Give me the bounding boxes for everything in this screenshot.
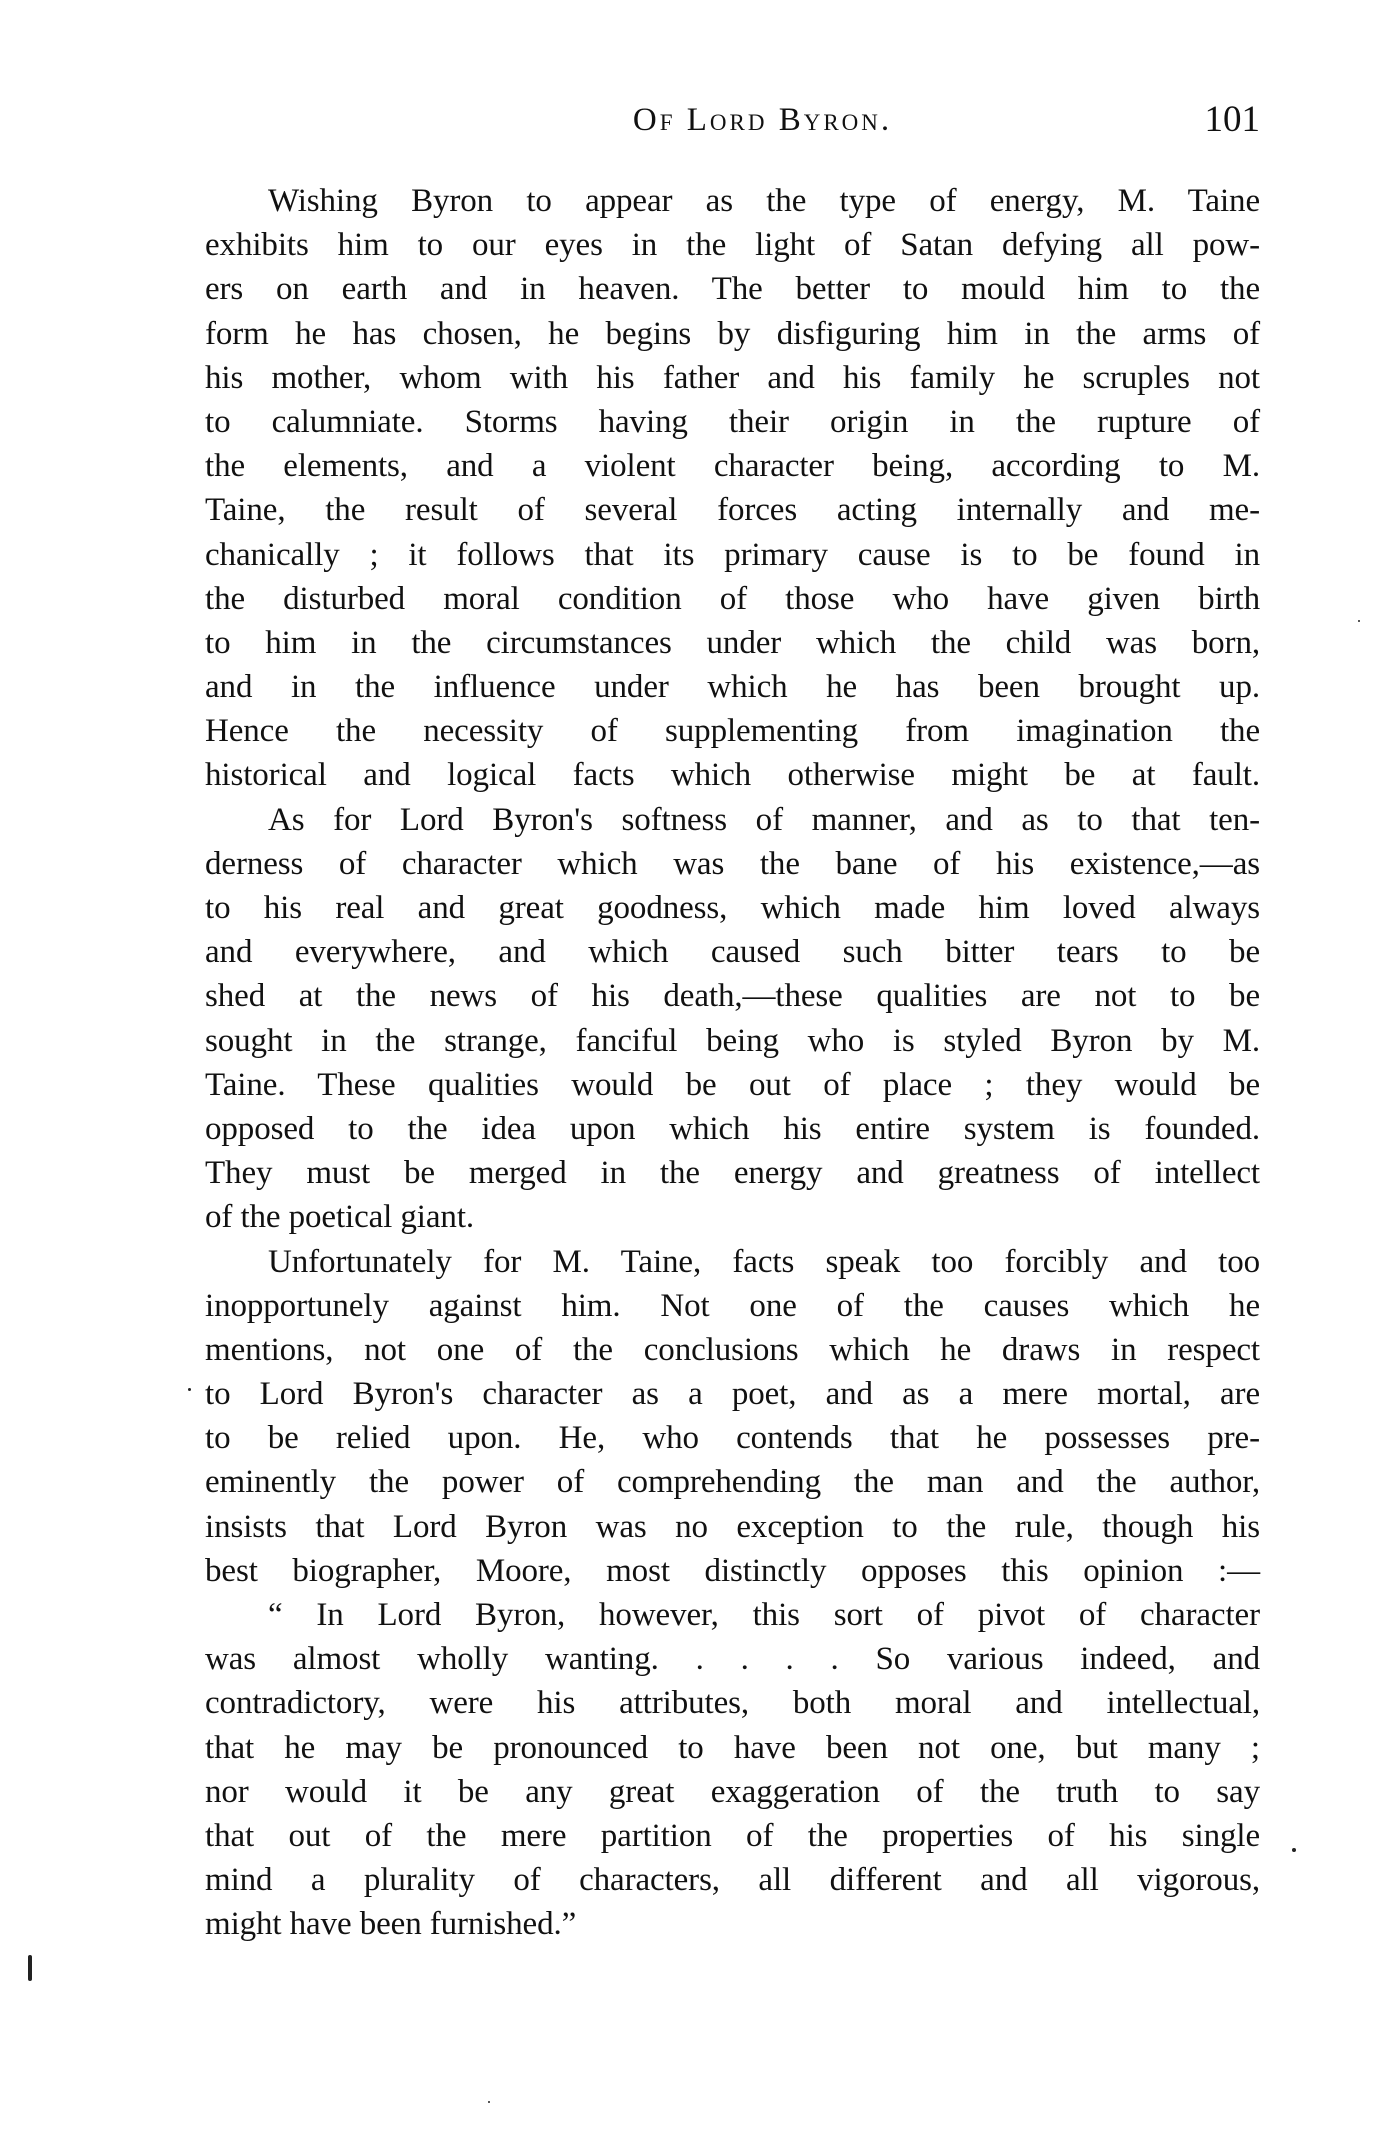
text-line: sought in the strange, fanciful being wh… xyxy=(205,1019,1260,1063)
text-line: that he may be pronounced to have been n… xyxy=(205,1726,1260,1770)
text-line: contradictory, were his attributes, both… xyxy=(205,1681,1260,1725)
scan-speck xyxy=(488,2101,490,2103)
text-line: of the poetical giant. xyxy=(205,1195,1260,1239)
text-line: best biographer, Moore, most distinctly … xyxy=(205,1549,1260,1593)
text-line: to him in the circumstances under which … xyxy=(205,621,1260,665)
text-line: chanically ; it follows that its primary… xyxy=(205,533,1260,577)
text-line: nor would it be any great exaggeration o… xyxy=(205,1770,1260,1814)
text-line: might have been furnished.” xyxy=(205,1902,1260,1946)
paragraph-2: As for Lord Byron's softness of manner, … xyxy=(205,798,1260,1240)
scan-speck xyxy=(1358,620,1360,622)
text-line: eminently the power of comprehending the… xyxy=(205,1460,1260,1504)
text-line: that out of the mere partition of the pr… xyxy=(205,1814,1260,1858)
text-line: the disturbed moral condition of those w… xyxy=(205,577,1260,621)
text-line: Taine. These qualities would be out of p… xyxy=(205,1063,1260,1107)
text-line: Hence the necessity of supplementing fro… xyxy=(205,709,1260,753)
text-line: mind a plurality of characters, all diff… xyxy=(205,1858,1260,1902)
text-line: ers on earth and in heaven. The better t… xyxy=(205,267,1260,311)
quotation-paragraph: “ In Lord Byron, however, this sort of p… xyxy=(205,1593,1260,1947)
text-line: shed at the news of his death,—these qua… xyxy=(205,974,1260,1018)
text-line: to Lord Byron's character as a poet, and… xyxy=(205,1372,1260,1416)
running-title: Of Lord Byron. xyxy=(205,98,1260,142)
text-line: historical and logical facts which other… xyxy=(205,753,1260,797)
text-line: They must be merged in the energy and gr… xyxy=(205,1151,1260,1195)
text-line: derness of character which was the bane … xyxy=(205,842,1260,886)
text-line: the elements, and a violent character be… xyxy=(205,444,1260,488)
text-line: Wishing Byron to appear as the type of e… xyxy=(205,179,1260,223)
text-line: inopportunely against him. Not one of th… xyxy=(205,1284,1260,1328)
text-line: Taine, the result of several forces acti… xyxy=(205,488,1260,532)
paragraph-3: Unfortunately for M. Taine, facts speak … xyxy=(205,1240,1260,1594)
scan-speck xyxy=(1292,1848,1296,1852)
text-line: to be relied upon. He, who contends that… xyxy=(205,1416,1260,1460)
scan-speck xyxy=(28,1955,32,1981)
body-text: Wishing Byron to appear as the type of e… xyxy=(205,179,1260,1947)
scan-speck xyxy=(188,1388,191,1391)
text-line: Unfortunately for M. Taine, facts speak … xyxy=(205,1240,1260,1284)
page-number: 101 xyxy=(1205,98,1261,142)
running-header: Of Lord Byron. 101 xyxy=(205,98,1260,142)
text-line: mentions, not one of the conclusions whi… xyxy=(205,1328,1260,1372)
text-line: opposed to the idea upon which his entir… xyxy=(205,1107,1260,1151)
text-line: his mother, whom with his father and his… xyxy=(205,356,1260,400)
text-line: and in the influence under which he has … xyxy=(205,665,1260,709)
text-line: exhibits him to our eyes in the light of… xyxy=(205,223,1260,267)
text-line: to calumniate. Storms having their origi… xyxy=(205,400,1260,444)
text-line: As for Lord Byron's softness of manner, … xyxy=(205,798,1260,842)
text-line: and everywhere, and which caused such bi… xyxy=(205,930,1260,974)
text-line: form he has chosen, he begins by disfigu… xyxy=(205,312,1260,356)
text-line: insists that Lord Byron was no exception… xyxy=(205,1505,1260,1549)
text-line: was almost wholly wanting. . . . . So va… xyxy=(205,1637,1260,1681)
paragraph-1: Wishing Byron to appear as the type of e… xyxy=(205,179,1260,798)
text-line: “ In Lord Byron, however, this sort of p… xyxy=(205,1593,1260,1637)
text-line: to his real and great goodness, which ma… xyxy=(205,886,1260,930)
book-page: Of Lord Byron. 101 Wishing Byron to appe… xyxy=(0,0,1380,2143)
